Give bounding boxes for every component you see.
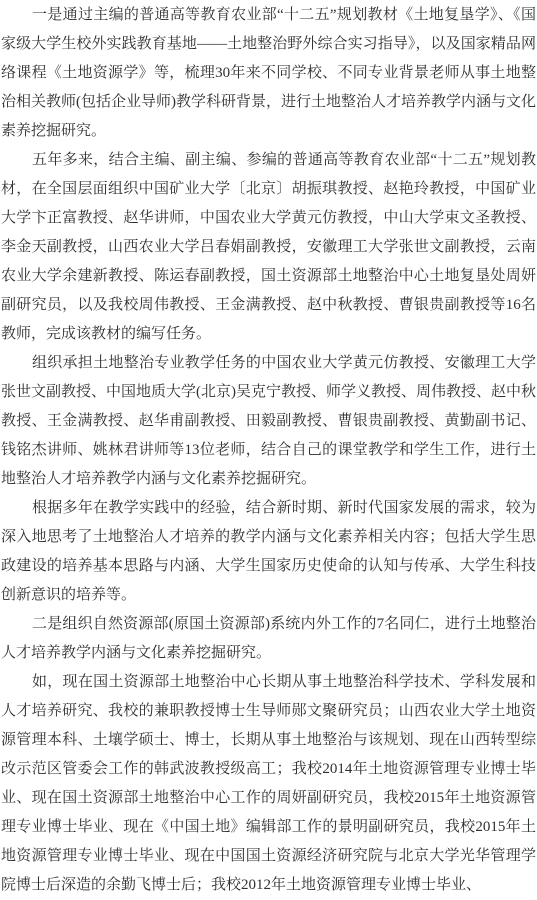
paragraph-colleague-examples: 如，现在国土资源部土地整治中心长期从事土地整治科学技术、学科发展和人才培养研究、…: [0, 668, 537, 900]
paragraph-teaching-experience: 根据多年在教学实践中的经验，结合新时期、新时代国家发展的需求，较为深入地思考了土…: [0, 494, 537, 610]
paragraph-teaching-staff: 组织承担土地整治专业教学任务的中国农业大学黄元仿教授、安徽理工大学张世文副教授、…: [0, 349, 537, 494]
paragraph-five-years-editors: 五年多来，结合主编、副主编、参编的普通高等教育农业部“十二五”规划教材，在全国层…: [0, 146, 537, 349]
paragraph-ministry-colleagues: 二是组织自然资源部(原国土资源部)系统内外工作的7名同仁，进行土地整治人才培养教…: [0, 610, 537, 668]
paragraph-textbook-editing: 一是通过主编的普通高等教育农业部“十二五”规划教材《土地复垦学》、《国家级大学生…: [0, 1, 537, 146]
document-page: 一是通过主编的普通高等教育农业部“十二五”规划教材《土地复垦学》、《国家级大学生…: [0, 0, 537, 900]
